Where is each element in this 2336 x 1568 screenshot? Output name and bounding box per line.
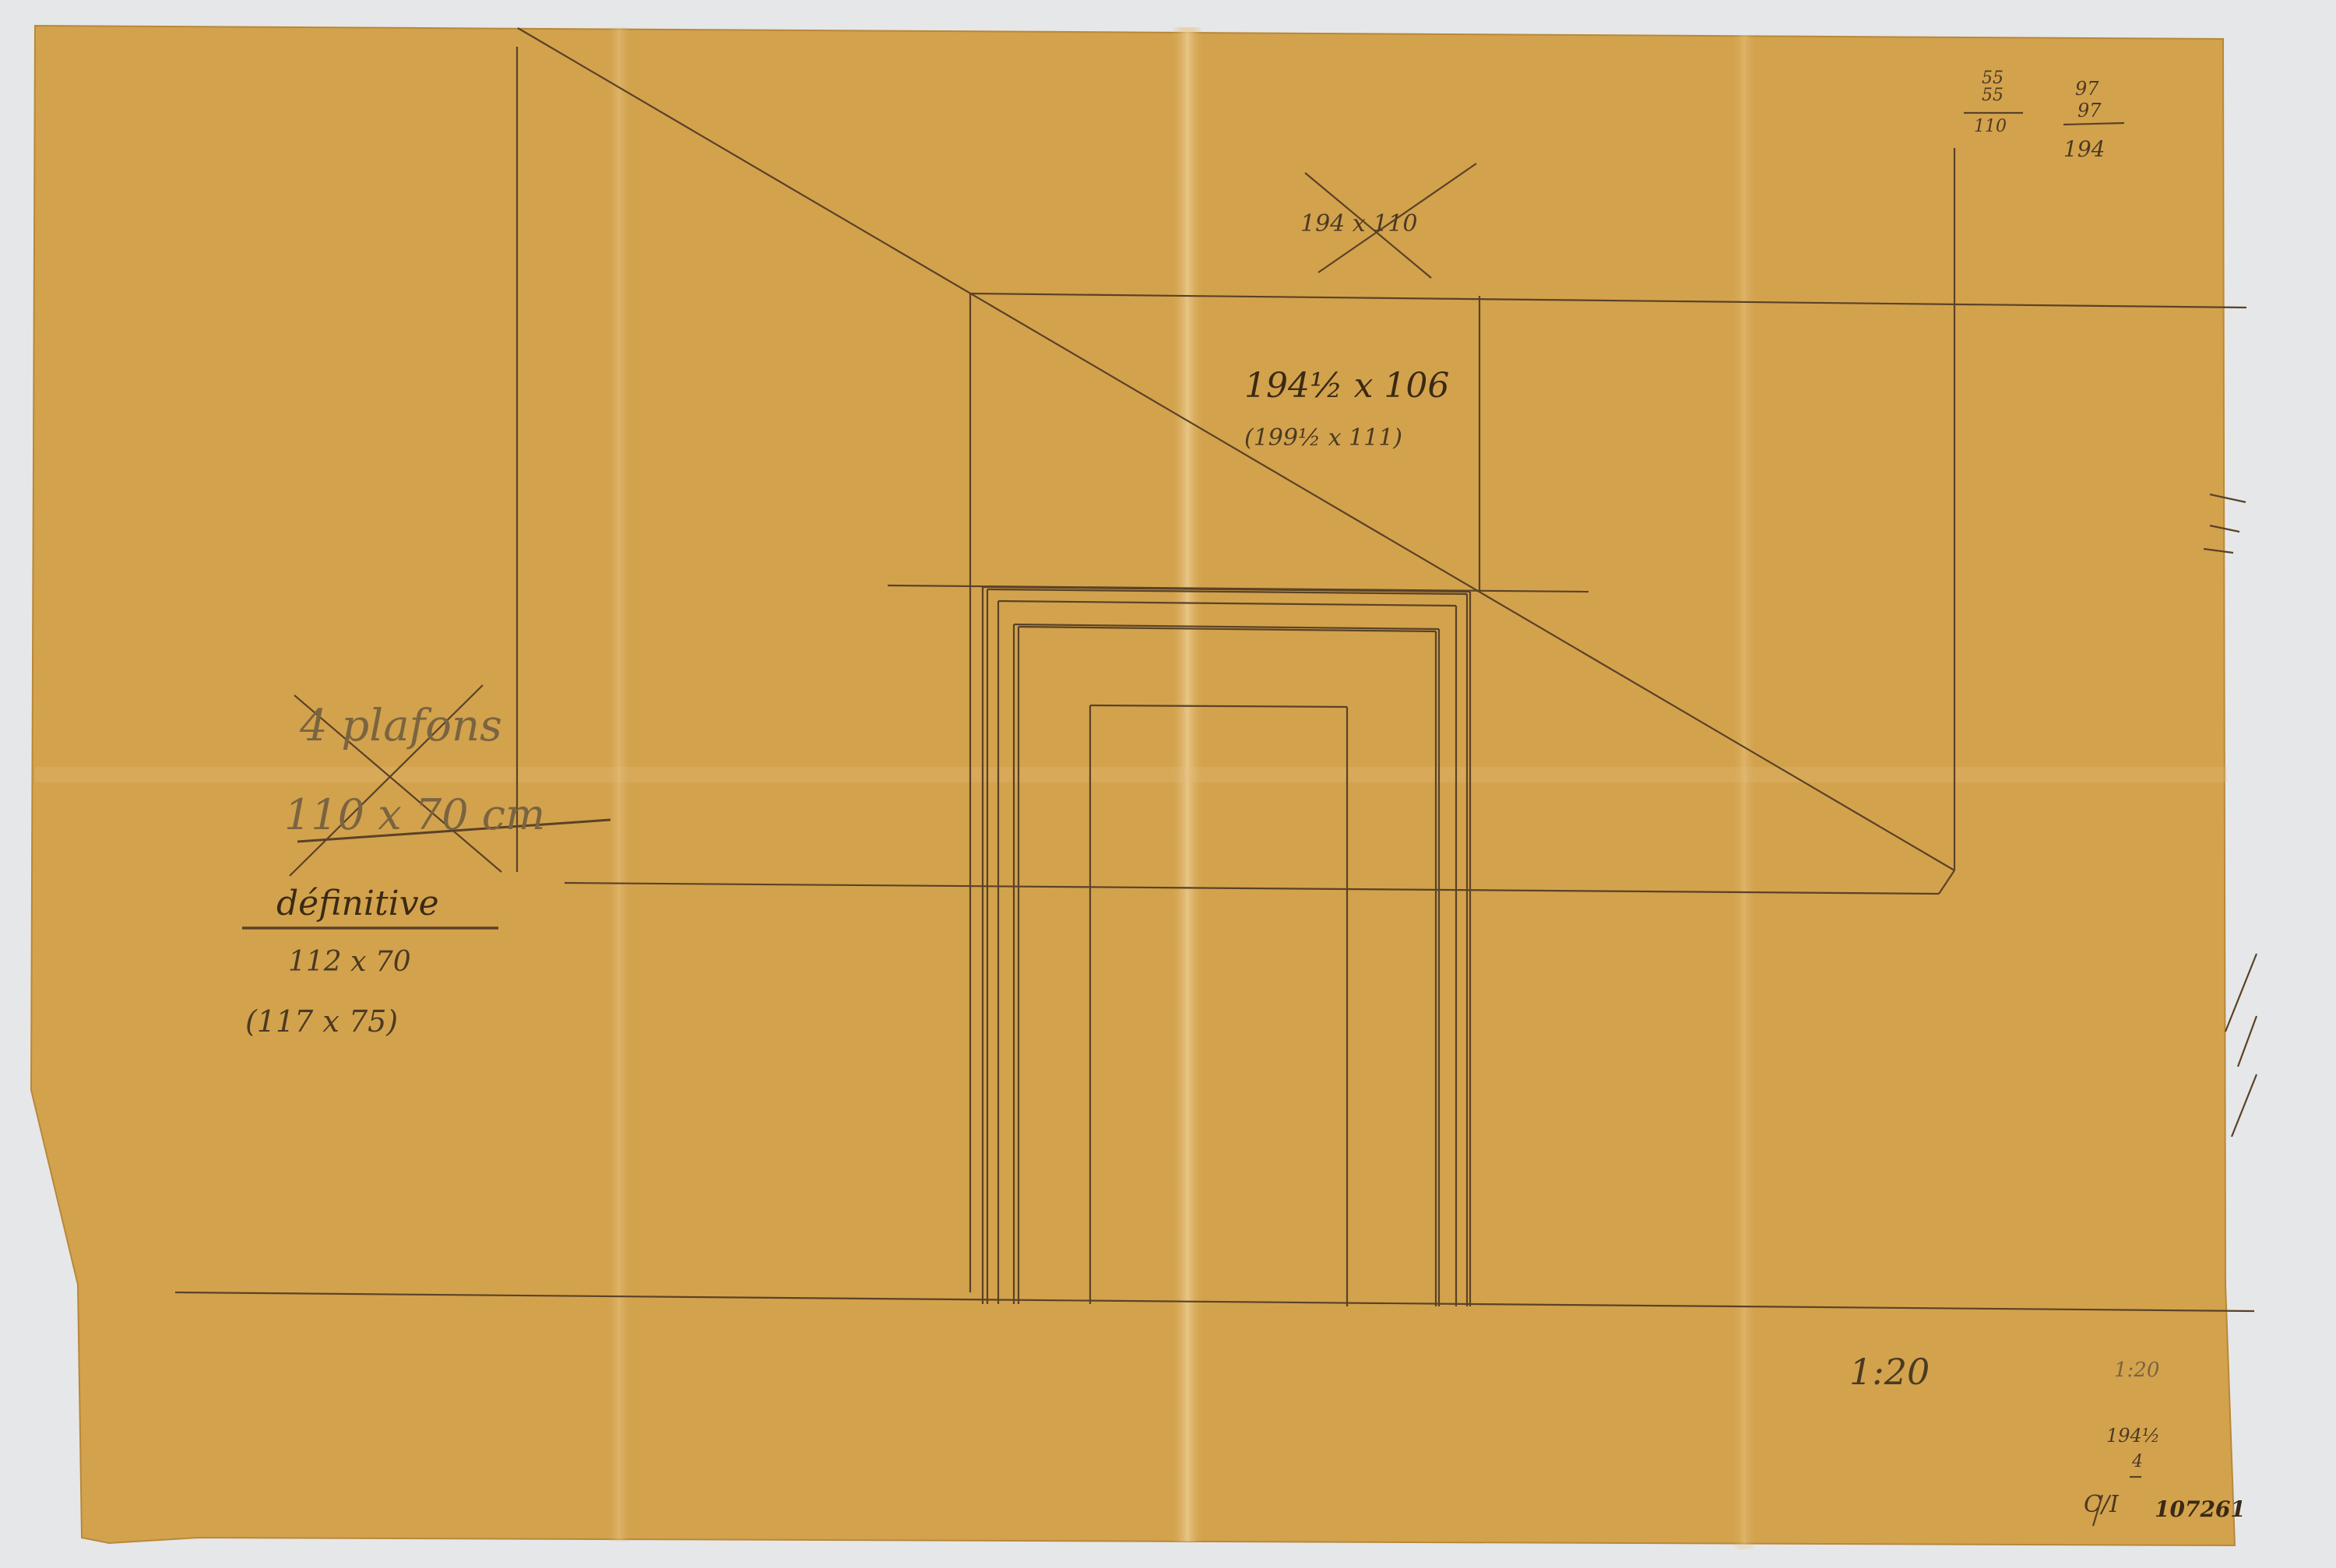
drawing-sheet bbox=[0, 0, 2336, 1568]
scale-label-small: 1:20 bbox=[2114, 1359, 2159, 1382]
definitive-dimension: 112 x 70 bbox=[288, 946, 411, 978]
paper bbox=[31, 26, 2235, 1545]
top-sum-left-line2: 55 bbox=[1982, 86, 2004, 105]
bottom-calc-line2: 4 bbox=[2132, 1452, 2143, 1471]
fold-line-horizontal bbox=[35, 767, 2227, 782]
definitive-dimension-alt: (117 x 75) bbox=[245, 1004, 398, 1039]
catalog-mark: C/I bbox=[2084, 1491, 2119, 1518]
scale-label: 1:20 bbox=[1849, 1351, 1930, 1393]
bottom-calc-line1: 194½ bbox=[2106, 1425, 2160, 1447]
definitive-label: définitive bbox=[276, 884, 439, 923]
top-sum-left-total: 110 bbox=[1974, 117, 2007, 136]
crossed-dimension: 194 x 110 bbox=[1300, 210, 1418, 237]
main-dimension: 194½ x 106 bbox=[1244, 366, 1449, 406]
top-sum-right-line2: 97 bbox=[2077, 100, 2102, 121]
crossed-note-line1: 4 plafons bbox=[300, 701, 502, 751]
top-sum-right-total: 194 bbox=[2063, 136, 2105, 162]
top-sum-right-line1: 97 bbox=[2075, 78, 2099, 100]
main-dimension-alt: (199½ x 111) bbox=[1244, 424, 1402, 452]
fold-line-vertical-left bbox=[607, 27, 631, 1542]
fold-line-vertical-right bbox=[1733, 35, 1756, 1549]
catalog-number: 107261 bbox=[2155, 1496, 2246, 1522]
fold-line-vertical-center bbox=[1172, 27, 1203, 1542]
crossed-note-line2: 110 x 70 cm bbox=[284, 790, 545, 839]
